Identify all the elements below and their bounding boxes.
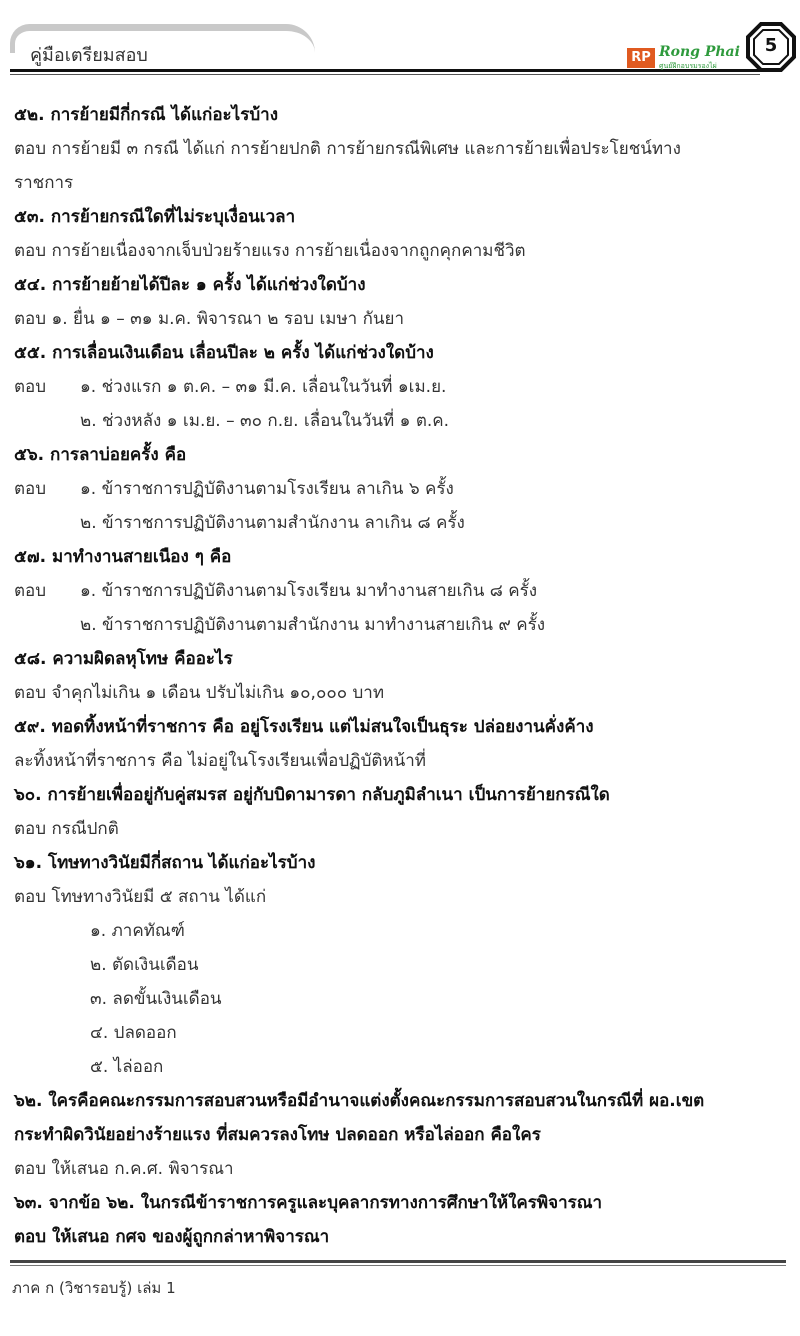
page-number: 5 bbox=[746, 35, 796, 56]
question-62-line2: กระทำผิดวินัยอย่างร้ายแรง ที่สมควรลงโทษ … bbox=[14, 1118, 794, 1152]
answer-63: ตอบ ให้เสนอ กศจ ของผู้ถูกกล่าหาพิจารณา bbox=[14, 1220, 794, 1254]
question-62-line1: ๖๒. ใครคือคณะกรรมการสอบสวนหรือมีอำนาจแต่… bbox=[14, 1084, 794, 1118]
answer-56-item1: ตอบ๑. ข้าราชการปฏิบัติงานตามโรงเรียน ลาเ… bbox=[14, 472, 794, 506]
question-58: ๕๘. ความผิดลหุโทษ คืออะไร bbox=[14, 642, 794, 676]
answer-label: ตอบ bbox=[14, 370, 80, 404]
question-55: ๕๕. การเลื่อนเงินเดือน เลื่อนปีละ ๒ ครั้… bbox=[14, 336, 794, 370]
answer-60: ตอบ กรณีปกติ bbox=[14, 812, 794, 846]
question-52: ๕๒. การย้ายมีกี่กรณี ได้แก่อะไรบ้าง bbox=[14, 98, 794, 132]
footer-rule bbox=[10, 1260, 786, 1263]
answer-54: ตอบ ๑. ยื่น ๑ – ๓๑ ม.ค. พิจารณา ๒ รอบ เม… bbox=[14, 302, 794, 336]
answer-61-item5: ๕. ไล่ออก bbox=[14, 1050, 794, 1084]
logo-mark: RP bbox=[627, 48, 655, 68]
question-54: ๕๔. การย้ายย้ายได้ปีละ ๑ ครั้ง ได้แก่ช่ว… bbox=[14, 268, 794, 302]
answer-52-line2: ราชการ bbox=[14, 166, 794, 200]
answer-label: ตอบ bbox=[14, 472, 80, 506]
answer-62: ตอบ ให้เสนอ ก.ค.ศ. พิจารณา bbox=[14, 1152, 794, 1186]
answer-57-item1: ตอบ๑. ข้าราชการปฏิบัติงานตามโรงเรียน มาท… bbox=[14, 574, 794, 608]
footer-text: ภาค ก (วิชารอบรู้) เล่ม 1 bbox=[12, 1276, 176, 1300]
page-number-badge: 5 bbox=[746, 22, 796, 72]
answer-61: ตอบ โทษทางวินัยมี ๕ สถาน ได้แก่ bbox=[14, 880, 794, 914]
answer-53: ตอบ การย้ายเนื่องจากเจ็บป่วยร้ายแรง การย… bbox=[14, 234, 794, 268]
answer-61-item1: ๑. ภาคทัณฑ์ bbox=[14, 914, 794, 948]
question-57: ๕๗. มาทำงานสายเนือง ๆ คือ bbox=[14, 540, 794, 574]
answer-label: ตอบ bbox=[14, 574, 80, 608]
answer-61-item4: ๔. ปลดออก bbox=[14, 1016, 794, 1050]
answer-61-item2: ๒. ตัดเงินเดือน bbox=[14, 948, 794, 982]
header-rule-thin bbox=[10, 74, 760, 75]
question-61: ๖๑. โทษทางวินัยมีกี่สถาน ได้แก่อะไรบ้าง bbox=[14, 846, 794, 880]
header-rule bbox=[10, 69, 760, 72]
header-title: คู่มือเตรียมสอบ bbox=[30, 40, 148, 69]
answer-56-item2: ๒. ข้าราชการปฏิบัติงานตามสำนักงาน ลาเกิน… bbox=[14, 506, 794, 540]
logo-name: Rong Phai bbox=[659, 44, 740, 60]
question-59: ๕๙. ทอดทิ้งหน้าที่ราชการ คือ อยู่โรงเรีย… bbox=[14, 710, 794, 744]
logo-tagline: ศูนย์ฝึกอบรมรองไผ่ bbox=[659, 61, 717, 72]
qa-content: ๕๒. การย้ายมีกี่กรณี ได้แก่อะไรบ้าง ตอบ … bbox=[14, 98, 794, 1254]
rong-phai-logo: RP Rong Phai ศูนย์ฝึกอบรมรองไผ่ bbox=[627, 40, 737, 68]
answer-55-item1: ตอบ๑. ช่วงแรก ๑ ต.ค. – ๓๑ มี.ค. เลื่อนใน… bbox=[14, 370, 794, 404]
question-63: ๖๓. จากข้อ ๖๒. ในกรณีข้าราชการครูและบุคล… bbox=[14, 1186, 794, 1220]
question-60: ๖๐. การย้ายเพื่ออยู่กับคู่สมรส อยู่กับบิ… bbox=[14, 778, 794, 812]
answer-52-line1: ตอบ การย้ายมี ๓ กรณี ได้แก่ การย้ายปกติ … bbox=[14, 132, 794, 166]
question-56: ๕๖. การลาบ่อยครั้ง คือ bbox=[14, 438, 794, 472]
answer-58: ตอบ จำคุกไม่เกิน ๑ เดือน ปรับไม่เกิน ๑๐,… bbox=[14, 676, 794, 710]
answer-61-item3: ๓. ลดขั้นเงินเดือน bbox=[14, 982, 794, 1016]
answer-59: ละทิ้งหน้าที่ราชการ คือ ไม่อยู่ในโรงเรีย… bbox=[14, 744, 794, 778]
footer-rule-thin bbox=[10, 1265, 786, 1266]
answer-57-item2: ๒. ข้าราชการปฏิบัติงานตามสำนักงาน มาทำงา… bbox=[14, 608, 794, 642]
page-header: คู่มือเตรียมสอบ RP Rong Phai ศูนย์ฝึกอบร… bbox=[0, 0, 800, 90]
question-53: ๕๓. การย้ายกรณีใดที่ไม่ระบุเงื่อนเวลา bbox=[14, 200, 794, 234]
answer-55-item2: ๒. ช่วงหลัง ๑ เม.ย. – ๓๐ ก.ย. เลื่อนในวั… bbox=[14, 404, 794, 438]
